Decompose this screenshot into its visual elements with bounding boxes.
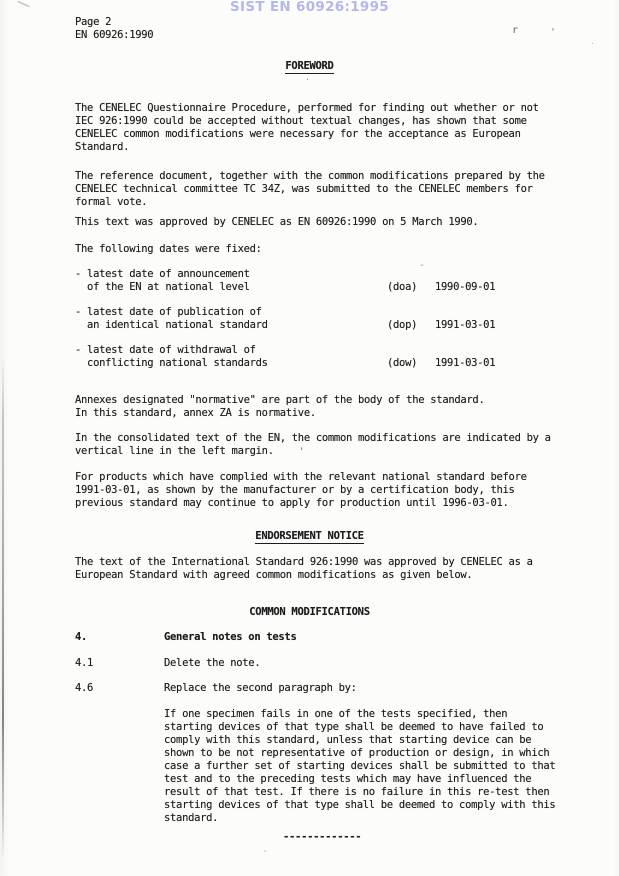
common-modifications-title: COMMON MODIFICATIONS xyxy=(0,606,619,619)
date-code: (dow) xyxy=(387,357,417,370)
scan-speck: r xyxy=(512,24,518,37)
clause-text: Replace the second paragraph by: xyxy=(164,682,357,695)
scan-speck: ' xyxy=(299,446,304,459)
replacement-paragraph: If one specimen fails in one of the test… xyxy=(164,708,555,825)
clause-text: Delete the note. xyxy=(164,657,260,670)
scanned-document-page: SIST EN 60926:1995 Page 2 EN 60926:1990 … xyxy=(0,0,619,876)
note-products-compliance: For products which have complied with th… xyxy=(75,471,527,510)
clause-number: 4.6 xyxy=(75,682,93,695)
scan-speck: - xyxy=(419,259,425,272)
date-value: 1990-09-01 xyxy=(435,281,495,294)
modification-item-4: 4. General notes on tests xyxy=(75,631,575,644)
note-consolidated-text: In the consolidated text of the EN, the … xyxy=(75,432,551,458)
page-number: Page 2 xyxy=(75,16,153,29)
clause-number: 4.1 xyxy=(75,657,93,670)
date-label: - latest date of withdrawal of conflicti… xyxy=(75,344,268,370)
clause-text: General notes on tests xyxy=(164,631,296,644)
date-code: (doa) xyxy=(387,281,417,294)
watermark-text: SIST EN 60926:1995 xyxy=(0,1,619,14)
date-item-doa: - latest date of announcement of the EN … xyxy=(75,268,555,294)
scan-speck: ' xyxy=(550,26,556,39)
date-code: (dop) xyxy=(387,319,417,332)
endorsement-body: The text of the International Standard 9… xyxy=(75,556,533,582)
document-number: EN 60926:1990 xyxy=(75,29,153,42)
foreword-paragraph-3: This text was approved by CENELEC as EN … xyxy=(75,216,478,229)
dates-intro: The following dates were fixed: xyxy=(75,243,262,256)
date-value: 1991-03-01 xyxy=(435,319,495,332)
end-of-document-dashes: ------------- xyxy=(283,831,361,844)
date-item-dop: - latest date of publication of an ident… xyxy=(75,306,555,332)
scan-speck: . xyxy=(590,35,595,48)
clause-number: 4. xyxy=(75,631,87,644)
note-annexes: Annexes designated "normative" are part … xyxy=(75,394,484,420)
date-value: 1991-03-01 xyxy=(435,357,495,370)
date-item-dow: - latest date of withdrawal of conflicti… xyxy=(75,344,555,370)
modification-item-4-1: 4.1 Delete the note. xyxy=(75,657,575,670)
foreword-paragraph-1: The CENELEC Questionnaire Procedure, per… xyxy=(75,102,539,154)
scan-speck: . xyxy=(262,843,268,856)
modification-item-4-6: 4.6 Replace the second paragraph by: xyxy=(75,682,575,695)
page-header: Page 2 EN 60926:1990 xyxy=(75,16,153,42)
foreword-paragraph-2: The reference document, together with th… xyxy=(75,170,545,209)
scan-speck: . xyxy=(305,71,310,84)
date-label: - latest date of publication of an ident… xyxy=(75,306,268,332)
date-label: - latest date of announcement of the EN … xyxy=(75,268,250,294)
endorsement-title: ENDORSEMENT NOTICE xyxy=(0,530,619,543)
